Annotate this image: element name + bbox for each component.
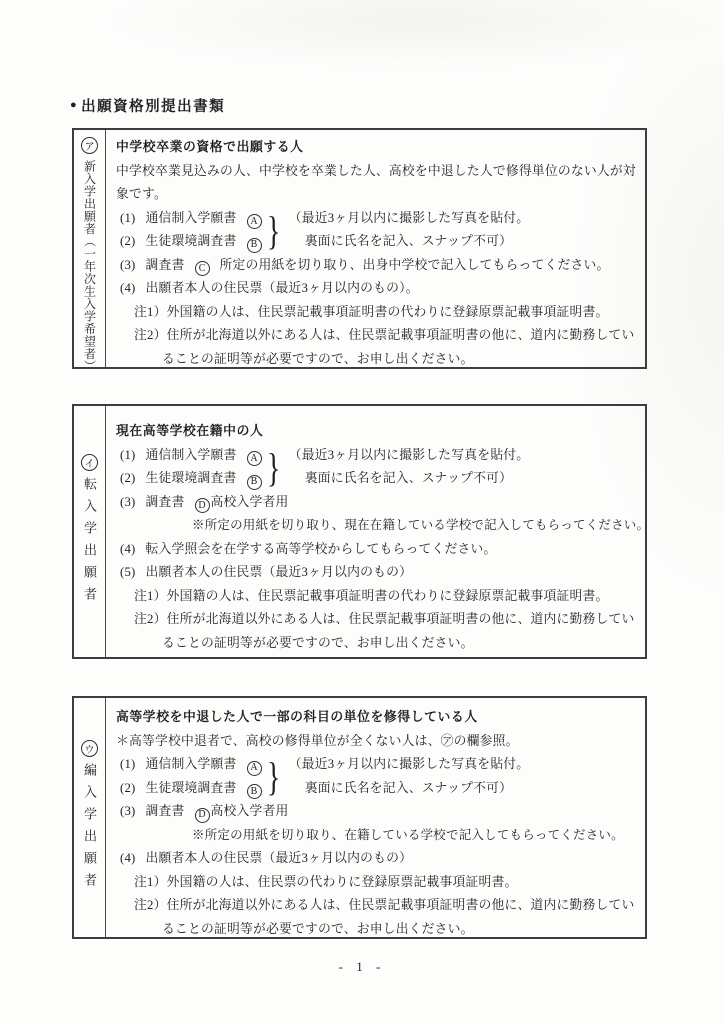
circled-letter-b-icon: B — [247, 238, 262, 253]
note-line: 注2）住所が北海道以外にある人は、住民票記載事項証明書の他に、道内に勤務してい — [116, 324, 641, 348]
item-label: 出願者本人の住民票（最近3ヶ月以内のもの） — [146, 565, 413, 579]
note-line: 注1）外国籍の人は、住民票の代わりに登録原票記載事項証明書。 — [116, 871, 641, 895]
item-label: 通信制入学願書 — [146, 211, 237, 225]
item-row: (1)通信制入学願書A — [116, 207, 262, 231]
item-description: （最近3ヶ月以内に撮影した写真を貼付。 — [289, 444, 641, 468]
item-row: (2)生徒環境調査書B — [116, 230, 262, 254]
circled-i-kana-icon: イ — [81, 454, 98, 471]
section-title: 高等学校を中退した人で一部の科目の単位を修得している人 — [116, 706, 641, 730]
circled-a-kana-icon: ア — [81, 137, 98, 154]
item-description: 高校入学者用 — [211, 804, 289, 818]
item-description: 高校入学者用 — [211, 495, 289, 509]
note-line: 注2）住所が北海道以外にある人は、住民票記載事項証明書の他に、道内に勤務してい — [116, 608, 641, 632]
bullet-icon: ● — [70, 100, 78, 111]
item-number: (3) — [120, 800, 136, 824]
item-row: (2)生徒環境調査書B — [116, 467, 262, 491]
intro-line: 中学校卒業見込みの人、中学校を卒業した人、高校を中退した人で修得単位のない人が対 — [116, 160, 641, 184]
circled-letter-a-icon: A — [247, 214, 262, 229]
item-number: (2) — [120, 777, 136, 801]
kome-note-line: ※所定の用紙を切り取り、在籍している学校で記入してもらってください。 — [116, 824, 641, 848]
item-row: (1)通信制入学願書A — [116, 444, 262, 468]
star-note-line: ＊高等学校中退者で、高校の修得単位が全くない人は、㋐の欄参照。 — [116, 730, 641, 754]
document-section-header: ● 出願資格別提出書類 — [70, 95, 225, 116]
brace-icon: } — [266, 444, 279, 491]
brace-group-right: （最近3ヶ月以内に撮影した写真を貼付。 裏面に氏名を記入、スナップ不可） — [285, 753, 641, 800]
item-number: (1) — [120, 207, 136, 231]
item-row: (4)転入学照会を在学する高等学校からしてもらってください。 — [116, 538, 641, 562]
item-row: (2)生徒環境調査書B — [116, 777, 262, 801]
note-line: 注2）住所が北海道以外にある人は、住民票記載事項証明書の他に、道内に勤務してい — [116, 894, 641, 918]
item-label: 生徒環境調査書 — [146, 471, 237, 485]
section-content: 現在高等学校在籍中の人 (1)通信制入学願書A (2)生徒環境調査書B } （最… — [106, 406, 645, 657]
page-root: { "page": { "bullet": "●", "header": "出願… — [0, 0, 724, 1024]
item-row: (4)出願者本人の住民票（最近3ヶ月以内のもの） — [116, 847, 641, 871]
item-label: 調査書 — [146, 258, 185, 272]
item-label: 調査書 — [146, 495, 185, 509]
item-description: 裏面に氏名を記入、スナップ不可） — [289, 777, 641, 801]
item-label: 転入学照会を在学する高等学校からしてもらってください。 — [146, 542, 497, 556]
brace-group: (1)通信制入学願書A (2)生徒環境調査書B } （最近3ヶ月以内に撮影した写… — [116, 444, 641, 491]
item-description: （最近3ヶ月以内に撮影した写真を貼付。 — [289, 207, 641, 231]
item-row: (4)出願者本人の住民票（最近3ヶ月以内のもの）。 — [116, 277, 641, 301]
brace-group-left: (1)通信制入学願書A (2)生徒環境調査書B — [116, 207, 262, 254]
brace-group: (1)通信制入学願書A (2)生徒環境調査書B } （最近3ヶ月以内に撮影した写… — [116, 753, 641, 800]
brace-group-right: （最近3ヶ月以内に撮影した写真を貼付。 裏面に氏名を記入、スナップ不可） — [285, 444, 641, 491]
intro-line: 象です。 — [116, 183, 641, 207]
item-number: (3) — [120, 254, 136, 278]
tab-label: 編入学出願者 — [83, 763, 96, 895]
circled-letter-d-icon: D — [195, 498, 210, 513]
section-content: 中学校卒業の資格で出願する人 中学校卒業見込みの人、中学校を卒業した人、高校を中… — [106, 130, 645, 367]
tab-label: 転入学出願者 — [83, 477, 96, 609]
section-title: 現在高等学校在籍中の人 — [116, 420, 641, 444]
brace-group-right: （最近3ヶ月以内に撮影した写真を貼付。 裏面に氏名を記入、スナップ不可） — [285, 207, 641, 254]
note-continuation-line: ることの証明等が必要ですので、お申し出ください。 — [116, 348, 641, 368]
circled-letter-d-icon: D — [195, 808, 210, 823]
brace-icon: } — [266, 753, 279, 800]
tab-label: 新入学出願者（一年次生入学希望者） — [84, 160, 96, 367]
brace-group-left: (1)通信制入学願書A (2)生徒環境調査書B — [116, 444, 262, 491]
section-box-transfer-applicants: イ 転入学出願者 現在高等学校在籍中の人 (1)通信制入学願書A (2)生徒環境… — [72, 404, 647, 659]
note-continuation-line: ることの証明等が必要ですので、お申し出ください。 — [116, 632, 641, 656]
circled-letter-a-icon: A — [247, 761, 262, 776]
item-number: (4) — [120, 538, 136, 562]
item-label: 通信制入学願書 — [146, 448, 237, 462]
circled-letter-b-icon: B — [247, 784, 262, 799]
item-row: (3)調査書C所定の用紙を切り取り、出身中学校で記入してもらってください。 — [116, 254, 641, 278]
item-number: (4) — [120, 277, 136, 301]
header-label: 出願資格別提出書類 — [81, 95, 225, 116]
item-label: 出願者本人の住民票（最近3ヶ月以内のもの） — [146, 851, 413, 865]
item-number: (1) — [120, 753, 136, 777]
circled-u-kana-icon: ウ — [81, 740, 98, 757]
note-line: 注1）外国籍の人は、住民票記載事項証明書の代わりに登録原票記載事項証明書。 — [116, 301, 641, 325]
section-title: 中学校卒業の資格で出願する人 — [116, 136, 641, 160]
item-number: (5) — [120, 561, 136, 585]
item-number: (4) — [120, 847, 136, 871]
item-description: （最近3ヶ月以内に撮影した写真を貼付。 — [289, 753, 641, 777]
item-number: (2) — [120, 230, 136, 254]
item-label: 調査書 — [146, 804, 185, 818]
item-row: (1)通信制入学願書A — [116, 753, 262, 777]
item-row: (5)出願者本人の住民票（最近3ヶ月以内のもの） — [116, 561, 641, 585]
item-row: (3)調査書D高校入学者用 — [116, 800, 641, 824]
section-box-new-entrants: ア 新入学出願者（一年次生入学希望者） 中学校卒業の資格で出願する人 中学校卒業… — [72, 128, 647, 369]
qualification-tab-transfer: イ 転入学出願者 — [74, 406, 106, 657]
item-number: (3) — [120, 491, 136, 515]
item-row: (3)調査書D高校入学者用 — [116, 491, 641, 515]
section-box-reentry-applicants: ウ 編入学出願者 高等学校を中退した人で一部の科目の単位を修得している人 ＊高等… — [72, 696, 647, 939]
circled-letter-b-icon: B — [247, 475, 262, 490]
item-label: 通信制入学願書 — [146, 757, 237, 771]
qualification-tab-new-entrants: ア 新入学出願者（一年次生入学希望者） — [74, 130, 106, 367]
item-number: (2) — [120, 467, 136, 491]
item-label: 生徒環境調査書 — [146, 781, 237, 795]
item-number: (1) — [120, 444, 136, 468]
page-number: - 1 - — [0, 959, 724, 975]
item-label: 生徒環境調査書 — [146, 234, 237, 248]
item-description: 裏面に氏名を記入、スナップ不可） — [289, 467, 641, 491]
brace-group: (1)通信制入学願書A (2)生徒環境調査書B } （最近3ヶ月以内に撮影した写… — [116, 207, 641, 254]
brace-icon: } — [266, 207, 279, 254]
section-content: 高等学校を中退した人で一部の科目の単位を修得している人 ＊高等学校中退者で、高校… — [106, 698, 645, 937]
brace-group-left: (1)通信制入学願書A (2)生徒環境調査書B — [116, 753, 262, 800]
qualification-tab-reentry: ウ 編入学出願者 — [74, 698, 106, 937]
kome-note-line: ※所定の用紙を切り取り、現在在籍している学校で記入してもらってください。 — [116, 514, 641, 538]
item-description: 所定の用紙を切り取り、出身中学校で記入してもらってください。 — [220, 258, 610, 272]
note-line: 注1）外国籍の人は、住民票記載事項証明書の代わりに登録原票記載事項証明書。 — [116, 585, 641, 609]
circled-letter-a-icon: A — [247, 451, 262, 466]
item-label: 出願者本人の住民票（最近3ヶ月以内のもの）。 — [146, 281, 419, 295]
item-description: 裏面に氏名を記入、スナップ不可） — [289, 230, 641, 254]
note-continuation-line: ることの証明等が必要ですので、お申し出ください。 — [116, 918, 641, 938]
circled-letter-c-icon: C — [195, 261, 210, 276]
